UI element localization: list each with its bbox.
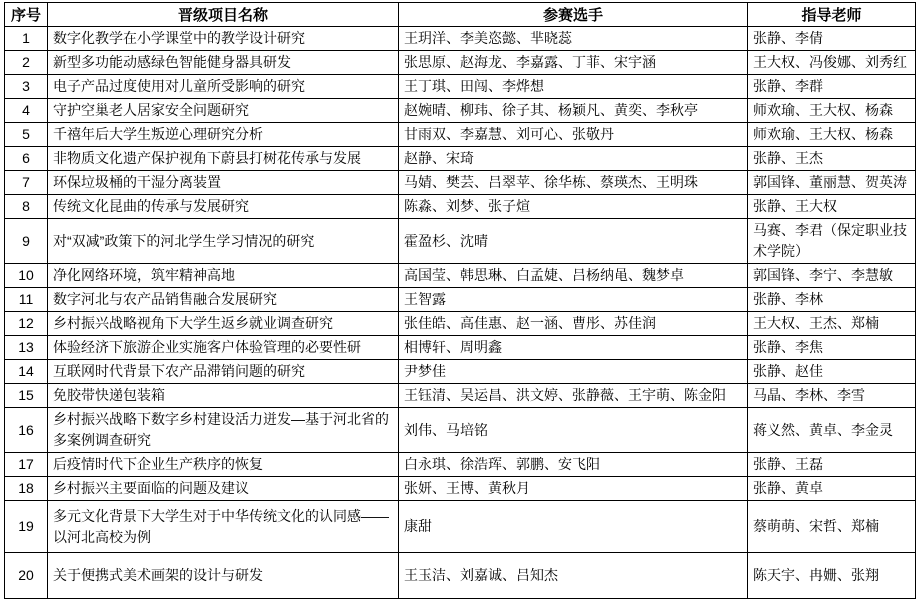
table-row: 15免胶带快递包装箱王钰清、吴运昌、洪文婷、张静薇、王宇萌、陈金阳马晶、李林、李…: [5, 384, 916, 408]
table-row: 18乡村振兴主要面临的问题及建议张妍、王博、黄秋月张静、黄卓: [5, 477, 916, 501]
serial-cell: 6: [5, 147, 48, 171]
table-header: 序号 晋级项目名称 参赛选手 指导老师: [5, 3, 916, 27]
participants-cell: 高国莹、韩思琳、白孟婕、吕杨纳黾、魏梦卓: [399, 264, 748, 288]
table-row: 9对“双减”政策下的河北学生学习情况的研究霍盈杉、沈晴马赛、李君（保定职业技术学…: [5, 219, 916, 264]
serial-cell: 19: [5, 501, 48, 553]
project-name-cell: 体验经济下旅游企业实施客户体验管理的必要性研: [48, 336, 399, 360]
teachers-cell: 张静、赵佳: [748, 360, 916, 384]
project-name-cell: 乡村振兴战略视角下大学生返乡就业调查研究: [48, 312, 399, 336]
table-row: 10净化网络环境，筑牢精神高地高国莹、韩思琳、白孟婕、吕杨纳黾、魏梦卓郭国锋、李…: [5, 264, 916, 288]
serial-cell: 3: [5, 75, 48, 99]
serial-cell: 8: [5, 195, 48, 219]
teachers-cell: 张静、王大权: [748, 195, 916, 219]
serial-cell: 4: [5, 99, 48, 123]
participants-cell: 王智露: [399, 288, 748, 312]
project-name-cell: 乡村振兴主要面临的问题及建议: [48, 477, 399, 501]
serial-cell: 20: [5, 553, 48, 599]
header-serial: 序号: [5, 3, 48, 27]
teachers-cell: 师欢瑜、王大权、杨森: [748, 99, 916, 123]
teachers-cell: 郭国锋、李宁、李慧敏: [748, 264, 916, 288]
project-name-cell: 免胶带快递包装箱: [48, 384, 399, 408]
header-teachers: 指导老师: [748, 3, 916, 27]
header-project-name: 晋级项目名称: [48, 3, 399, 27]
participants-cell: 张佳皓、高佳惠、赵一涵、曹彤、苏佳润: [399, 312, 748, 336]
serial-cell: 14: [5, 360, 48, 384]
project-name-cell: 新型多功能动感绿色智能健身器具研发: [48, 51, 399, 75]
project-name-cell: 电子产品过度使用对儿童所受影响的研究: [48, 75, 399, 99]
header-row: 序号 晋级项目名称 参赛选手 指导老师: [5, 3, 916, 27]
table-row: 2新型多功能动感绿色智能健身器具研发张思原、赵海龙、李嘉露、丁菲、宋宇涵王大权、…: [5, 51, 916, 75]
teachers-cell: 蔡萌萌、宋哲、郑楠: [748, 501, 916, 553]
project-name-cell: 环保垃圾桶的干湿分离装置: [48, 171, 399, 195]
serial-cell: 11: [5, 288, 48, 312]
project-name-cell: 乡村振兴战略下数字乡村建设活力迸发—基于河北省的多案例调查研究: [48, 408, 399, 453]
teachers-cell: 张静、李林: [748, 288, 916, 312]
participants-cell: 尹梦佳: [399, 360, 748, 384]
project-name-cell: 对“双减”政策下的河北学生学习情况的研究: [48, 219, 399, 264]
project-name-cell: 非物质文化遗产保护视角下蔚县打树花传承与发展: [48, 147, 399, 171]
project-name-cell: 后疫情时代下企业生产秩序的恢复: [48, 453, 399, 477]
teachers-cell: 张静、王杰: [748, 147, 916, 171]
serial-cell: 16: [5, 408, 48, 453]
teachers-cell: 蒋义然、黄卓、李金灵: [748, 408, 916, 453]
table-row: 14互联网时代背景下农产品滞销问题的研究尹梦佳张静、赵佳: [5, 360, 916, 384]
project-name-cell: 传统文化昆曲的传承与发展研究: [48, 195, 399, 219]
table-row: 7环保垃圾桶的干湿分离装置马婧、樊芸、吕翠苹、徐华栋、蔡瑛杰、王明珠郭国锋、董丽…: [5, 171, 916, 195]
project-name-cell: 多元文化背景下大学生对于中华传统文化的认同感——以河北高校为例: [48, 501, 399, 553]
participants-cell: 马婧、樊芸、吕翠苹、徐华栋、蔡瑛杰、王明珠: [399, 171, 748, 195]
participants-cell: 王钰清、吴运昌、洪文婷、张静薇、王宇萌、陈金阳: [399, 384, 748, 408]
project-name-cell: 数字河北与农产品销售融合发展研究: [48, 288, 399, 312]
serial-cell: 10: [5, 264, 48, 288]
participants-cell: 张思原、赵海龙、李嘉露、丁菲、宋宇涵: [399, 51, 748, 75]
teachers-cell: 马赛、李君（保定职业技术学院）: [748, 219, 916, 264]
teachers-cell: 张静、李群: [748, 75, 916, 99]
participants-cell: 刘伟、马培铭: [399, 408, 748, 453]
table-row: 1数字化教学在小学课堂中的教学设计研究王玥洋、李美恣懿、芈晓蕊张静、李倩: [5, 27, 916, 51]
promotion-roster-table: 序号 晋级项目名称 参赛选手 指导老师 1数字化教学在小学课堂中的教学设计研究王…: [4, 2, 916, 599]
serial-cell: 2: [5, 51, 48, 75]
table-row: 19多元文化背景下大学生对于中华传统文化的认同感——以河北高校为例康甜蔡萌萌、宋…: [5, 501, 916, 553]
project-name-cell: 守护空巢老人居家安全问题研究: [48, 99, 399, 123]
project-name-cell: 千禧年后大学生叛逆心理研究分析: [48, 123, 399, 147]
teachers-cell: 郭国锋、董丽慧、贺英涛: [748, 171, 916, 195]
serial-cell: 13: [5, 336, 48, 360]
teachers-cell: 张静、王磊: [748, 453, 916, 477]
teachers-cell: 张静、黄卓: [748, 477, 916, 501]
table-row: 17后疫情时代下企业生产秩序的恢复白永琪、徐浩珲、郭鹏、安飞阳张静、王磊: [5, 453, 916, 477]
table-row: 12乡村振兴战略视角下大学生返乡就业调查研究张佳皓、高佳惠、赵一涵、曹彤、苏佳润…: [5, 312, 916, 336]
serial-cell: 9: [5, 219, 48, 264]
project-name-cell: 互联网时代背景下农产品滞销问题的研究: [48, 360, 399, 384]
participants-cell: 王玉洁、刘嘉诚、吕知杰: [399, 553, 748, 599]
teachers-cell: 马晶、李林、李雪: [748, 384, 916, 408]
participants-cell: 赵婉晴、柳玮、徐子其、杨颖凡、黄奕、李秋亭: [399, 99, 748, 123]
project-name-cell: 净化网络环境，筑牢精神高地: [48, 264, 399, 288]
participants-cell: 赵静、宋琦: [399, 147, 748, 171]
document-page: 序号 晋级项目名称 参赛选手 指导老师 1数字化教学在小学课堂中的教学设计研究王…: [0, 0, 919, 599]
teachers-cell: 师欢瑜、王大权、杨森: [748, 123, 916, 147]
teachers-cell: 张静、李倩: [748, 27, 916, 51]
serial-cell: 5: [5, 123, 48, 147]
table-row: 6非物质文化遗产保护视角下蔚县打树花传承与发展赵静、宋琦张静、王杰: [5, 147, 916, 171]
serial-cell: 12: [5, 312, 48, 336]
teachers-cell: 王大权、冯俊娜、刘秀红: [748, 51, 916, 75]
table-row: 8传统文化昆曲的传承与发展研究陈淼、刘梦、张子煊张静、王大权: [5, 195, 916, 219]
teachers-cell: 张静、李焦: [748, 336, 916, 360]
table-body: 1数字化教学在小学课堂中的教学设计研究王玥洋、李美恣懿、芈晓蕊张静、李倩2新型多…: [5, 27, 916, 599]
table-row: 16乡村振兴战略下数字乡村建设活力迸发—基于河北省的多案例调查研究刘伟、马培铭蒋…: [5, 408, 916, 453]
table-row: 3电子产品过度使用对儿童所受影响的研究王丁琪、田闯、李烨想张静、李群: [5, 75, 916, 99]
teachers-cell: 王大权、王杰、郑楠: [748, 312, 916, 336]
table-row: 13体验经济下旅游企业实施客户体验管理的必要性研相博轩、周明鑫张静、李焦: [5, 336, 916, 360]
table-row: 4守护空巢老人居家安全问题研究赵婉晴、柳玮、徐子其、杨颖凡、黄奕、李秋亭师欢瑜、…: [5, 99, 916, 123]
project-name-cell: 数字化教学在小学课堂中的教学设计研究: [48, 27, 399, 51]
participants-cell: 王丁琪、田闯、李烨想: [399, 75, 748, 99]
participants-cell: 霍盈杉、沈晴: [399, 219, 748, 264]
table-row: 20关于便携式美术画架的设计与研发王玉洁、刘嘉诚、吕知杰陈天宇、冉姗、张翔: [5, 553, 916, 599]
serial-cell: 17: [5, 453, 48, 477]
participants-cell: 相博轩、周明鑫: [399, 336, 748, 360]
serial-cell: 15: [5, 384, 48, 408]
participants-cell: 康甜: [399, 501, 748, 553]
project-name-cell: 关于便携式美术画架的设计与研发: [48, 553, 399, 599]
participants-cell: 甘雨双、李嘉慧、刘可心、张敬丹: [399, 123, 748, 147]
participants-cell: 白永琪、徐浩珲、郭鹏、安飞阳: [399, 453, 748, 477]
serial-cell: 1: [5, 27, 48, 51]
header-participants: 参赛选手: [399, 3, 748, 27]
serial-cell: 18: [5, 477, 48, 501]
participants-cell: 王玥洋、李美恣懿、芈晓蕊: [399, 27, 748, 51]
table-row: 5千禧年后大学生叛逆心理研究分析甘雨双、李嘉慧、刘可心、张敬丹师欢瑜、王大权、杨…: [5, 123, 916, 147]
participants-cell: 张妍、王博、黄秋月: [399, 477, 748, 501]
serial-cell: 7: [5, 171, 48, 195]
participants-cell: 陈淼、刘梦、张子煊: [399, 195, 748, 219]
teachers-cell: 陈天宇、冉姗、张翔: [748, 553, 916, 599]
table-row: 11数字河北与农产品销售融合发展研究王智露张静、李林: [5, 288, 916, 312]
